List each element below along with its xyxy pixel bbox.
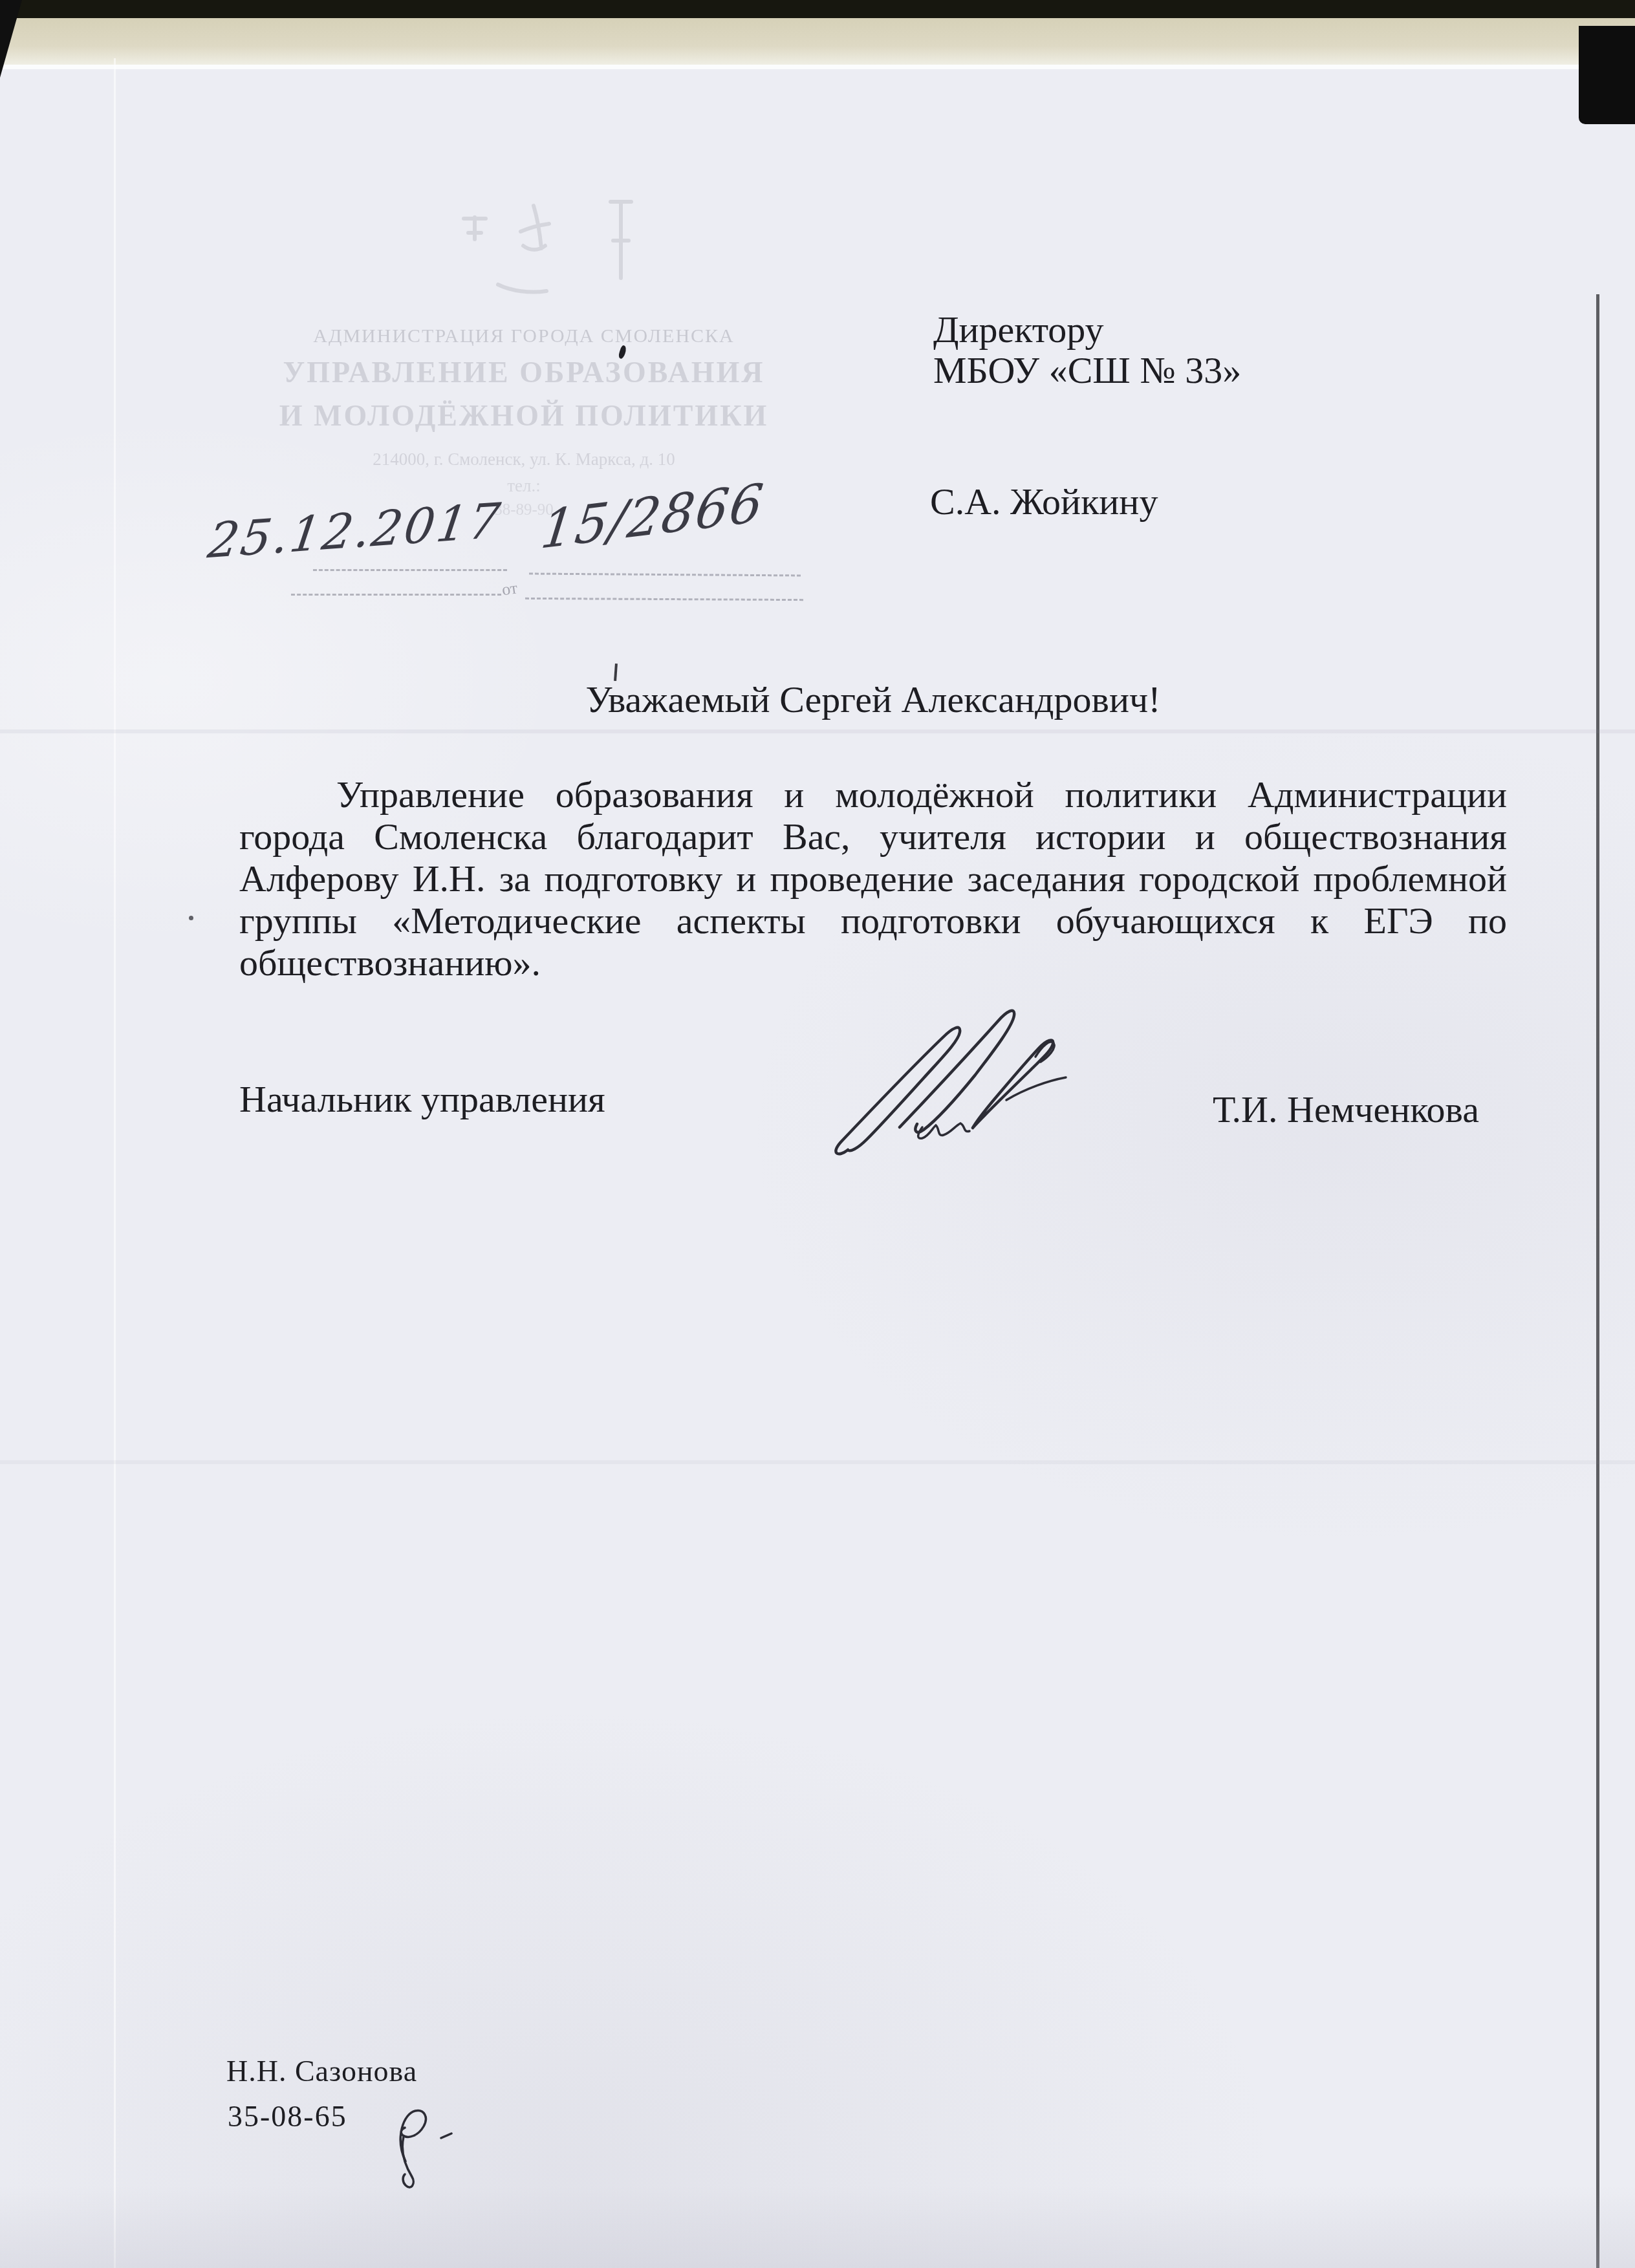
addressee-organization: МБОУ «СШ № 33» [933,350,1241,391]
vertical-fold-line [114,58,116,2268]
scan-corner-top-right [1579,26,1635,124]
form-dashed-line [529,573,801,577]
form-dashed-line [291,594,501,596]
signer-position: Начальник управления [239,1077,605,1121]
handwritten-signature [812,993,1090,1168]
body-line: обществознанию». [239,942,1507,984]
letterhead-org-line3: И МОЛОДЁЖНОЙ ПОЛИТИКИ [220,398,828,433]
body-line: Алферову И.Н. за подготовку и проведение… [239,858,1507,900]
horizontal-fold-crease [0,1460,1635,1464]
paper-right-edge-line [1596,294,1599,2268]
ink-dot [189,916,193,920]
addressee-block: Директору МБОУ «СШ № 33» [933,309,1241,391]
scanned-letter-page: АДМИНИСТРАЦИЯ ГОРОДА СМОЛЕНСКА УПРАВЛЕНИ… [0,0,1635,2268]
letterhead-address: 214000, г. Смоленск, ул. К. Маркса, д. 1… [220,449,828,470]
salutation: Уважаемый Сергей Александрович! [239,678,1507,721]
letter-body: Управление образования и молодёжной поли… [239,773,1507,984]
paper-edge-highlight [0,65,1635,69]
body-line: группы «Методические аспекты подготовки … [239,900,1507,942]
scan-bottom-shadow [0,2186,1635,2268]
scanner-top-edge [0,0,1635,18]
coat-of-arms-emblem [437,188,650,307]
body-line: Управление образования и молодёжной поли… [239,773,1507,815]
signer-name: Т.И. Немченкова [1213,1088,1479,1131]
addressee-title: Директору [933,309,1241,350]
body-line: города Смоленска благодарит Вас, учителя… [239,815,1507,858]
executor-phone: 35-08-65 [228,2099,347,2133]
form-dashed-line [313,569,507,571]
addressee-name: С.А. Жойкину [930,480,1158,523]
letterhead-org-line2: УПРАВЛЕНИЕ ОБРАЗОВАНИЯ [220,355,828,389]
letterhead-org-line1: АДМИНИСТРАЦИЯ ГОРОДА СМОЛЕНСКА [220,325,828,347]
form-dashed-line [525,598,803,601]
handwritten-initials [376,2098,473,2208]
paper-top-edge-strip [0,18,1635,65]
horizontal-fold-crease [0,729,1635,733]
form-ot-label: от [501,578,519,599]
executor-name: Н.Н. Сазонова [226,2054,417,2088]
